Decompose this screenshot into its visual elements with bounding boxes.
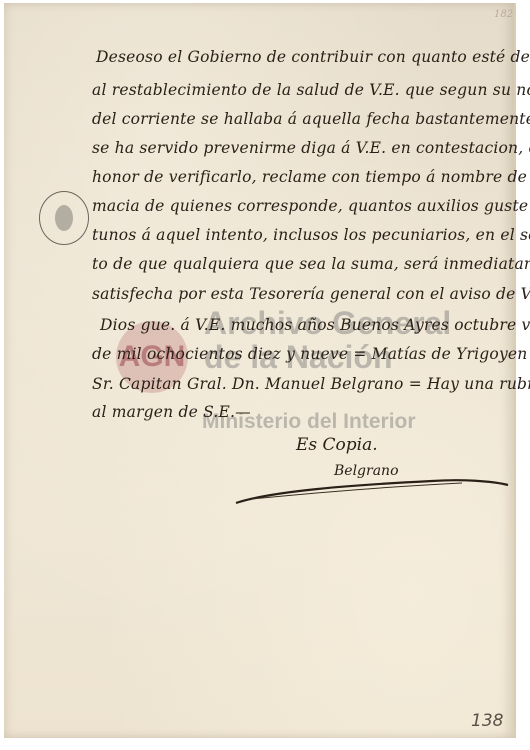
archive-seal-stamp — [39, 191, 89, 245]
letter-line-9: satisfecha por esta Tesorería general co… — [92, 285, 530, 303]
letter-line-7: tunos á aquel intento, inclusos los pecu… — [92, 226, 530, 244]
corner-archive-mark: 182 — [494, 9, 513, 20]
letter-line-2: al restablecimiento de la salud de V.E. … — [92, 81, 530, 99]
letter-line-11: de mil ochocientos diez y nueve = Matías… — [92, 345, 530, 363]
closing-es-copia: Es Copia. — [296, 435, 378, 455]
letter-line-4: se ha servido prevenirme diga á V.E. en … — [92, 139, 530, 157]
folio-number: 138 — [471, 711, 503, 731]
seal-emblem-icon — [55, 205, 73, 231]
letter-line-5: honor de verificarlo, reclame con tiempo… — [92, 168, 530, 186]
letter-line-8: to de que qualquiera que sea la suma, se… — [92, 255, 530, 273]
letter-line-12: Sr. Capitan Gral. Dn. Manuel Belgrano = … — [92, 375, 530, 393]
letter-line-6: macia de quienes corresponde, quantos au… — [92, 197, 530, 215]
letter-line-1: Deseoso el Gobierno de contribuir con qu… — [96, 48, 530, 66]
signature-flourish-icon — [232, 473, 512, 513]
letter-line-13: al margen de S.E.— — [92, 403, 251, 421]
letter-line-3: del corriente se hallaba á aquella fecha… — [92, 110, 530, 128]
letter-line-10: Dios gue. á V.E. muchos años Buenos Ayre… — [100, 316, 530, 334]
document-page: 182 AGN Archivo General de la Nación Min… — [4, 3, 516, 738]
